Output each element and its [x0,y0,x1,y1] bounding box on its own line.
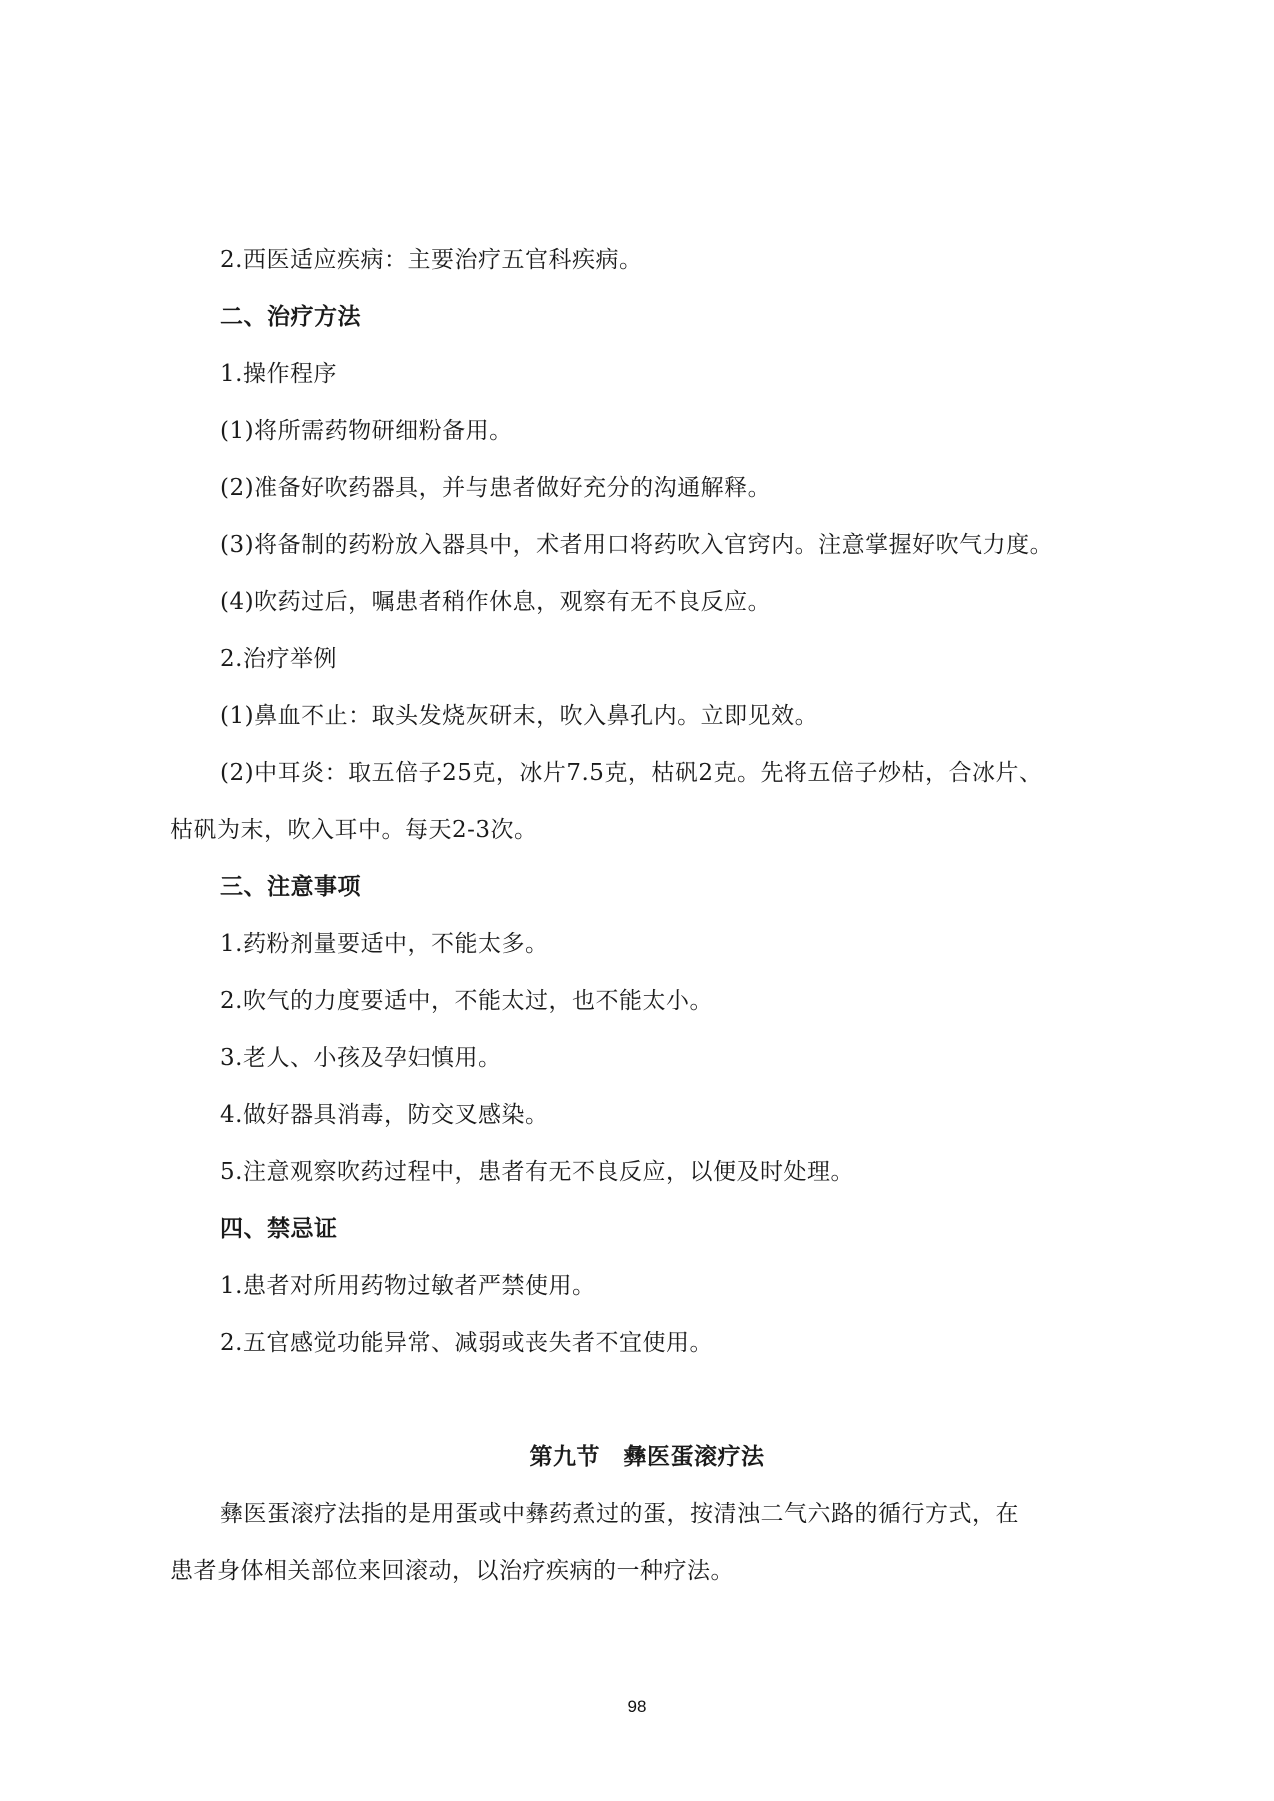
paragraph: 2.吹气的力度要适中，不能太过，也不能太小。 [220,986,713,1016]
subheading: 1.操作程序 [220,359,337,389]
paragraph: (2)准备好吹药器具，并与患者做好充分的沟通解释。 [220,473,771,503]
section-heading: 二、治疗方法 [220,302,361,332]
paragraph: (4)吹药过后，嘱患者稍作休息，观察有无不良反应。 [220,587,771,617]
paragraph: 1.患者对所用药物过敏者严禁使用。 [220,1271,595,1301]
section-heading: 四、禁忌证 [220,1214,338,1244]
paragraph: 2.西医适应疾病：主要治疗五官科疾病。 [220,245,642,275]
paragraph: 4.做好器具消毒，防交叉感染。 [220,1100,548,1130]
paragraph: 5.注意观察吹药过程中，患者有无不良反应，以便及时处理。 [220,1157,854,1187]
paragraph: (1)鼻血不止：取头发烧灰研末，吹入鼻孔内。立即见效。 [220,701,818,731]
paragraph-continuation: 患者身体相关部位来回滚动，以治疗疾病的一种疗法。 [170,1556,734,1586]
chapter-section-title: 第九节 彝医蛋滚疗法 [0,1442,1274,1472]
paragraph: 3.老人、小孩及孕妇慎用。 [220,1043,501,1073]
paragraph-continuation: 枯矾为末，吹入耳中。每天2-3次。 [170,815,538,845]
section-heading: 三、注意事项 [220,872,361,902]
paragraph: (1)将所需药物研细粉备用。 [220,416,513,446]
paragraph: (3)将备制的药粉放入器具中，术者用口将药吹入官窍内。注意掌握好吹气力度。 [220,530,1053,560]
paragraph: 彝医蛋滚疗法指的是用蛋或中彝药煮过的蛋，按清浊二气六路的循行方式，在 [220,1499,1019,1529]
paragraph: (2)中耳炎：取五倍子25克，冰片7.5克，枯矾2克。先将五倍子炒枯，合冰片、 [220,758,1043,788]
page-number: 98 [0,1697,1274,1717]
paragraph: 2.五官感觉功能异常、减弱或丧失者不宜使用。 [220,1328,713,1358]
subheading: 2.治疗举例 [220,644,337,674]
paragraph: 1.药粉剂量要适中，不能太多。 [220,929,548,959]
